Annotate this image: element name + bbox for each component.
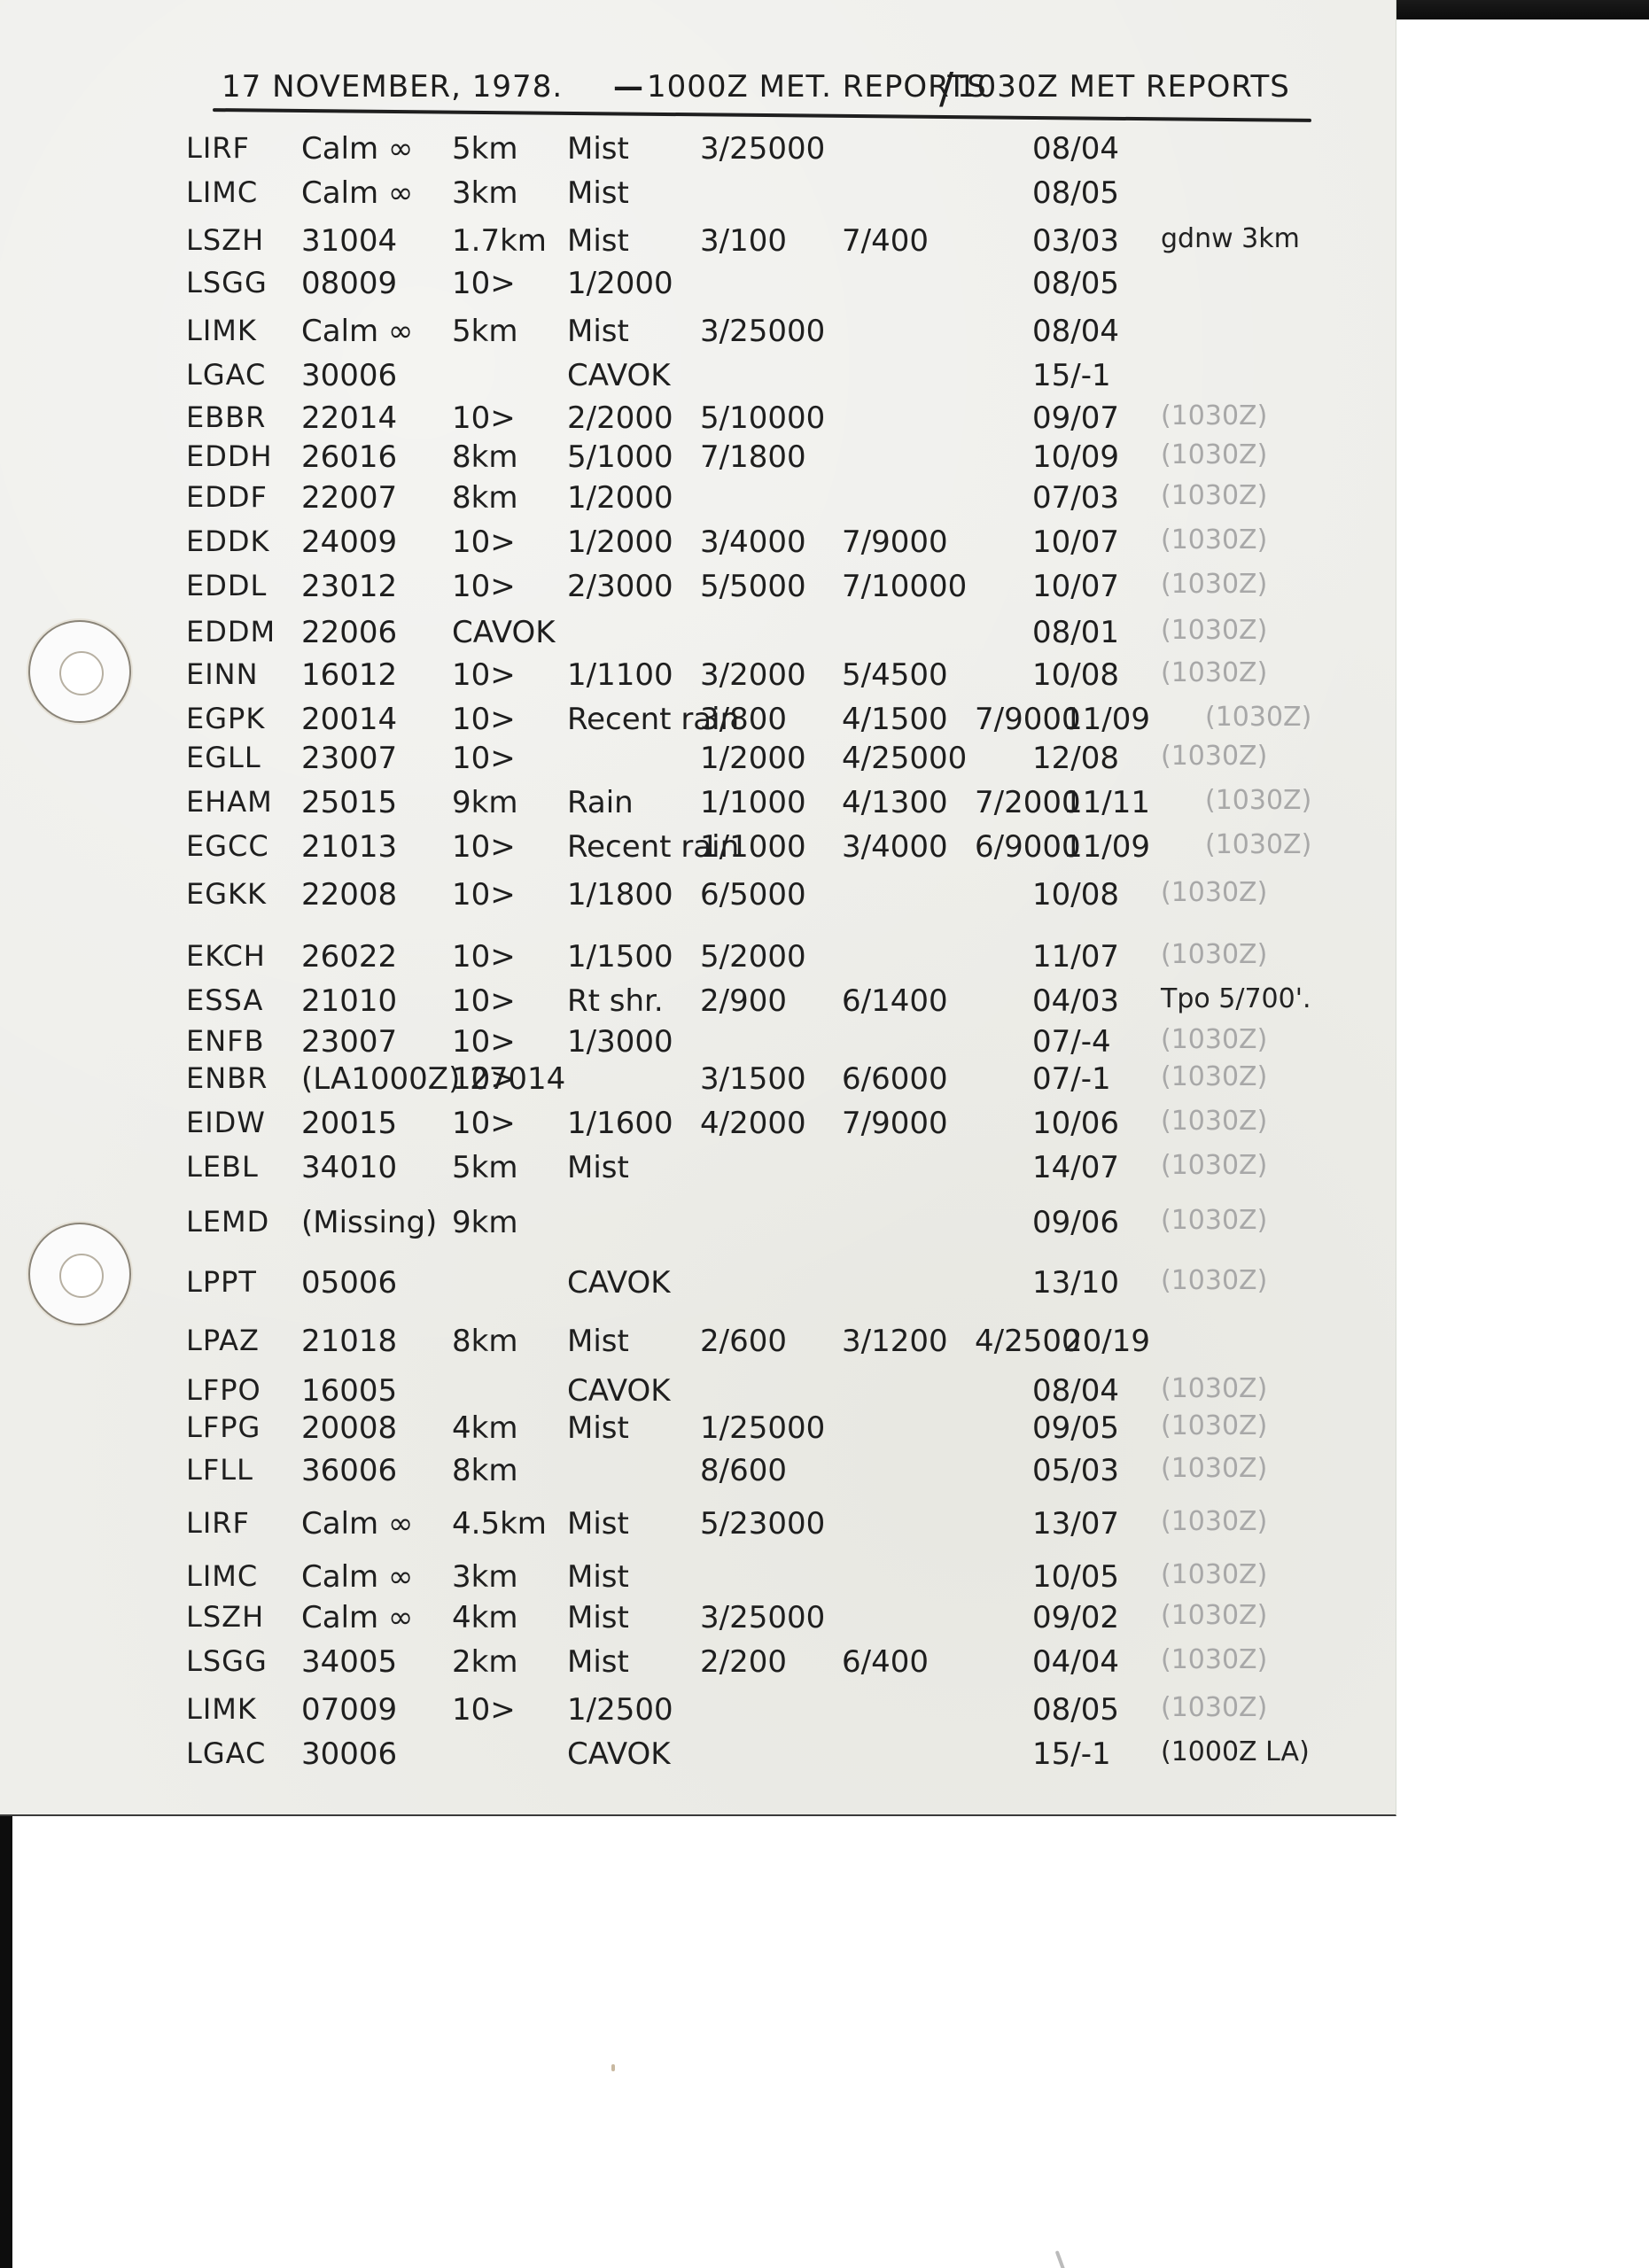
weather-value: 1/2000 <box>567 524 673 560</box>
temp-dewpoint: 07/03 <box>1032 480 1119 516</box>
visibility-value: 10> <box>452 400 516 436</box>
station-code: ESSA <box>186 983 263 1017</box>
cloud-layer-2: 6/6000 <box>842 1061 948 1097</box>
report-row: LSZH310041.7kmMist3/1007/40003/03gdnw 3k… <box>0 223 1396 264</box>
cloud-layer-1: 3/1500 <box>700 1061 806 1097</box>
report-note: (1030Z) <box>1161 1150 1267 1181</box>
wind-value: 23007 <box>301 741 397 776</box>
report-note: (1030Z) <box>1161 1453 1267 1484</box>
weather-value: Rt shr. <box>567 983 664 1019</box>
temp-dewpoint: 10/06 <box>1032 1106 1119 1141</box>
visibility-value: 10> <box>452 1692 516 1728</box>
report-note: (1030Z) <box>1161 1410 1267 1441</box>
report-row: EDDL2301210>2/30005/50007/1000010/07(103… <box>0 569 1396 610</box>
report-note: (1030Z) <box>1161 1205 1267 1236</box>
report-note: (1030Z) <box>1161 480 1267 511</box>
weather-value: Mist <box>567 223 629 259</box>
visibility-value: 8km <box>452 1324 517 1359</box>
visibility-value: 10> <box>452 939 516 975</box>
wind-value: 21010 <box>301 983 397 1019</box>
weather-value: 1/1100 <box>567 657 673 693</box>
report-row: LIMKCalm ∞5kmMist3/2500008/04 <box>0 314 1396 354</box>
station-code: EGCC <box>186 829 269 863</box>
cloud-layer-1: 6/5000 <box>700 877 806 913</box>
report-row: EGLL2300710>1/20004/2500012/08(1030Z) <box>0 741 1396 781</box>
wind-value: 30006 <box>301 358 397 393</box>
wind-value: 05006 <box>301 1265 397 1301</box>
visibility-value: 10> <box>452 266 516 301</box>
report-note: (1030Z) <box>1161 1559 1267 1590</box>
wind-value: 22008 <box>301 877 397 913</box>
cloud-layer-1: 3/800 <box>700 702 787 737</box>
report-row: ENBR(LA1000Z) 2701410>3/15006/600007/-1(… <box>0 1061 1396 1102</box>
temp-dewpoint: 14/07 <box>1032 1150 1119 1185</box>
cloud-layer-2: 3/4000 <box>842 829 948 865</box>
station-code: LSZH <box>186 223 264 257</box>
temp-dewpoint: 10/08 <box>1032 877 1119 913</box>
cloud-layer-1: 1/25000 <box>700 1410 825 1446</box>
report-row: LEMD(Missing)9km09/06(1030Z) <box>0 1205 1396 1246</box>
cloud-layer-1: 8/600 <box>700 1453 787 1488</box>
temp-dewpoint: 08/01 <box>1032 615 1119 650</box>
wind-value: 21018 <box>301 1324 397 1359</box>
report-note: (1030Z) <box>1161 569 1267 600</box>
visibility-value: 3km <box>452 1559 517 1595</box>
report-note: (1030Z) <box>1161 741 1267 772</box>
cloud-layer-1: 5/2000 <box>700 939 806 975</box>
report-row: EDDK2400910>1/20003/40007/900010/07(1030… <box>0 524 1396 565</box>
station-code: LGAC <box>186 1736 266 1770</box>
report-note: (1030Z) <box>1161 524 1267 555</box>
visibility-value: 10> <box>452 1061 516 1097</box>
cloud-layer-2: 7/9000 <box>842 524 948 560</box>
station-code: EGLL <box>186 741 261 774</box>
station-code: LEMD <box>186 1205 269 1239</box>
station-code: EDDH <box>186 439 273 473</box>
visibility-value: 10> <box>452 524 516 560</box>
report-row: EBBR2201410>2/20005/1000009/07(1030Z) <box>0 400 1396 441</box>
report-note: (1000Z LA) <box>1161 1736 1310 1767</box>
report-row: EDDH260168km5/10007/180010/09(1030Z) <box>0 439 1396 480</box>
wind-value: 25015 <box>301 785 397 820</box>
report-row: LIMCCalm ∞3kmMist10/05(1030Z) <box>0 1559 1396 1600</box>
weather-value: Mist <box>567 1150 629 1185</box>
station-code: EDDF <box>186 480 268 514</box>
weather-value: CAVOK <box>567 1373 671 1409</box>
report-note: (1030Z) <box>1161 1106 1267 1137</box>
visibility-value: 10> <box>452 829 516 865</box>
temp-dewpoint: 11/11 <box>1063 785 1150 820</box>
wind-value: 21013 <box>301 829 397 865</box>
visibility-value: 8km <box>452 439 517 475</box>
weather-value: CAVOK <box>567 358 671 393</box>
station-code: LPPT <box>186 1265 257 1299</box>
visibility-value: 10> <box>452 702 516 737</box>
temp-dewpoint: 09/06 <box>1032 1205 1119 1240</box>
cloud-layer-1: 2/600 <box>700 1324 787 1359</box>
temp-dewpoint: 15/-1 <box>1032 1736 1111 1772</box>
report-row: EGCC2101310>Recent rain1/10003/40006/900… <box>0 829 1396 870</box>
weather-value: Mist <box>567 131 629 167</box>
cloud-layer-2: 4/1500 <box>842 702 948 737</box>
visibility-value: 10> <box>452 1106 516 1141</box>
visibility-value: 5km <box>452 131 517 167</box>
wind-value: Calm ∞ <box>301 1506 413 1542</box>
weather-value: Mist <box>567 175 629 211</box>
wind-value: 31004 <box>301 223 397 259</box>
wind-value: 16012 <box>301 657 397 693</box>
cloud-layer-1: 1/1000 <box>700 785 806 820</box>
report-row: ESSA2101010>Rt shr.2/9006/140004/03Tpo 5… <box>0 983 1396 1024</box>
report-note: (1030Z) <box>1161 657 1267 688</box>
station-code: LIMC <box>186 175 258 209</box>
wind-value: 26016 <box>301 439 397 475</box>
report-row: EGKK2200810>1/18006/500010/08(1030Z) <box>0 877 1396 918</box>
weather-value: CAVOK <box>567 1736 671 1772</box>
weather-value: 1/2000 <box>567 266 673 301</box>
header-separator: / <box>939 64 954 113</box>
temp-dewpoint: 08/04 <box>1032 1373 1119 1409</box>
weather-value: 1/1800 <box>567 877 673 913</box>
weather-value: CAVOK <box>567 1265 671 1301</box>
visibility-value: 10> <box>452 741 516 776</box>
cloud-layer-2: 3/1200 <box>842 1324 948 1359</box>
report-note: (1030Z) <box>1161 1506 1267 1537</box>
report-row: LSZHCalm ∞4kmMist3/2500009/02(1030Z) <box>0 1600 1396 1641</box>
report-row: LFLL360068km8/60005/03(1030Z) <box>0 1453 1396 1494</box>
cloud-layer-1: 2/200 <box>700 1644 787 1680</box>
wind-value: 23012 <box>301 569 397 604</box>
report-row: LGAC30006CAVOK15/-1 <box>0 358 1396 399</box>
visibility-value: 8km <box>452 1453 517 1488</box>
scan-speck <box>611 2064 615 2071</box>
visibility-value: 10> <box>452 1024 516 1060</box>
report-row: EDDM22006CAVOK08/01(1030Z) <box>0 615 1396 656</box>
station-code: EDDK <box>186 524 269 558</box>
wind-value: Calm ∞ <box>301 314 413 349</box>
cloud-layer-1: 3/25000 <box>700 1600 825 1635</box>
station-code: LIMK <box>186 314 257 347</box>
station-code: EDDL <box>186 569 267 602</box>
station-code: LGAC <box>186 358 266 392</box>
cloud-layer-1: 5/10000 <box>700 400 825 436</box>
report-row: LPPT05006CAVOK13/10(1030Z) <box>0 1265 1396 1306</box>
temp-dewpoint: 10/07 <box>1032 569 1119 604</box>
header-1030z-reports: 1030Z MET REPORTS <box>957 69 1290 105</box>
report-row: LGAC30006CAVOK15/-1(1000Z LA) <box>0 1736 1396 1777</box>
cloud-layer-1: 4/2000 <box>700 1106 806 1141</box>
temp-dewpoint: 11/09 <box>1063 829 1150 865</box>
weather-value: Rain <box>567 785 634 820</box>
cloud-layer-2: 4/1300 <box>842 785 948 820</box>
station-code: EKCH <box>186 939 266 973</box>
cloud-layer-1: 2/900 <box>700 983 787 1019</box>
weather-value: 1/3000 <box>567 1024 673 1060</box>
paper-sheet: 17 NOVEMBER, 1978. — 1000Z MET. REPORTS … <box>0 0 1396 1816</box>
report-row: EIDW2001510>1/16004/20007/900010/06(1030… <box>0 1106 1396 1146</box>
report-note: (1030Z) <box>1161 1373 1267 1404</box>
wind-value: 23007 <box>301 1024 397 1060</box>
temp-dewpoint: 03/03 <box>1032 223 1119 259</box>
report-note: (1030Z) <box>1161 1692 1267 1723</box>
report-row: LSGG340052kmMist2/2006/40004/04(1030Z) <box>0 1644 1396 1685</box>
wind-value: 22006 <box>301 615 397 650</box>
temp-dewpoint: 10/09 <box>1032 439 1119 475</box>
report-row: EKCH2602210>1/15005/200011/07(1030Z) <box>0 939 1396 980</box>
cloud-layer-1: 7/1800 <box>700 439 806 475</box>
scanner-edge-top <box>1396 0 1649 19</box>
wind-value: Calm ∞ <box>301 1559 413 1595</box>
weather-value: Mist <box>567 1644 629 1680</box>
visibility-value: 5km <box>452 1150 517 1185</box>
weather-value: Mist <box>567 1600 629 1635</box>
temp-dewpoint: 20/19 <box>1063 1324 1150 1359</box>
wind-value: 22014 <box>301 400 397 436</box>
station-code: EDDM <box>186 615 276 649</box>
visibility-value: 10> <box>452 877 516 913</box>
cloud-layer-2: 7/9000 <box>842 1106 948 1141</box>
wind-value: Calm ∞ <box>301 175 413 211</box>
weather-value: Mist <box>567 1410 629 1446</box>
temp-dewpoint: 05/03 <box>1032 1453 1119 1488</box>
cloud-layer-1: 3/100 <box>700 223 787 259</box>
station-code: LFPG <box>186 1410 261 1444</box>
weather-value: Mist <box>567 1506 629 1542</box>
temp-dewpoint: 04/04 <box>1032 1644 1119 1680</box>
weather-value: 1/1600 <box>567 1106 673 1141</box>
wind-value: 07009 <box>301 1692 397 1728</box>
wind-value: (Missing) <box>301 1205 437 1240</box>
station-code: LFLL <box>186 1453 253 1487</box>
cloud-layer-1: 1/1000 <box>700 829 806 865</box>
station-code: EBBR <box>186 400 266 434</box>
temp-dewpoint: 12/08 <box>1032 741 1119 776</box>
weather-value: Mist <box>567 314 629 349</box>
header-dash: — <box>613 69 644 105</box>
visibility-value: 10> <box>452 569 516 604</box>
temp-dewpoint: 10/08 <box>1032 657 1119 693</box>
visibility-value: 2km <box>452 1644 517 1680</box>
weather-value: 2/3000 <box>567 569 673 604</box>
temp-dewpoint: 08/04 <box>1032 131 1119 167</box>
temp-dewpoint: 07/-4 <box>1032 1024 1111 1060</box>
report-row: ENFB2300710>1/300007/-4(1030Z) <box>0 1024 1396 1065</box>
report-row: LFPO16005CAVOK08/04(1030Z) <box>0 1373 1396 1414</box>
wind-value: Calm ∞ <box>301 1600 413 1635</box>
scanner-edge-left <box>0 1813 12 2268</box>
visibility-value: 9km <box>452 1205 517 1240</box>
wind-value: 30006 <box>301 1736 397 1772</box>
wind-value: 26022 <box>301 939 397 975</box>
cloud-layer-1: 3/25000 <box>700 131 825 167</box>
station-code: LIRF <box>186 1506 250 1540</box>
report-row: EGPK2001410>Recent rain3/8004/15007/9000… <box>0 702 1396 742</box>
report-note: (1030Z) <box>1161 615 1267 646</box>
cloud-layer-2: 5/4500 <box>842 657 948 693</box>
wind-value: 34010 <box>301 1150 397 1185</box>
temp-dewpoint: 08/05 <box>1032 266 1119 301</box>
visibility-value: 10> <box>452 983 516 1019</box>
header-1000z-reports: 1000Z MET. REPORTS <box>647 69 987 105</box>
wind-value: 16005 <box>301 1373 397 1409</box>
visibility-value: 9km <box>452 785 517 820</box>
report-row: EINN1601210>1/11003/20005/450010/08(1030… <box>0 657 1396 698</box>
station-code: EGKK <box>186 877 267 911</box>
report-note: (1030Z) <box>1161 1061 1267 1092</box>
temp-dewpoint: 08/04 <box>1032 314 1119 349</box>
report-note: Tpo 5/700'. <box>1161 983 1311 1014</box>
visibility-value: 4km <box>452 1410 517 1446</box>
visibility-value: 3km <box>452 175 517 211</box>
cloud-layer-1: 3/25000 <box>700 314 825 349</box>
temp-dewpoint: 09/02 <box>1032 1600 1119 1635</box>
station-code: EHAM <box>186 785 273 819</box>
report-row: LIRFCalm ∞4.5kmMist5/2300013/07(1030Z) <box>0 1506 1396 1547</box>
weather-value: 1/1500 <box>567 939 673 975</box>
report-note: (1030Z) <box>1161 939 1267 970</box>
station-code: LPAZ <box>186 1324 260 1357</box>
header-underline <box>213 108 1311 122</box>
cloud-layer-1: 3/4000 <box>700 524 806 560</box>
weather-value: Mist <box>567 1324 629 1359</box>
wind-value: 20014 <box>301 702 397 737</box>
report-note: (1030Z) <box>1161 1600 1267 1631</box>
cloud-layer-1: 1/2000 <box>700 741 806 776</box>
temp-dewpoint: 04/03 <box>1032 983 1119 1019</box>
report-note: (1030Z) <box>1161 1644 1267 1675</box>
temp-dewpoint: 07/-1 <box>1032 1061 1111 1097</box>
station-code: ENFB <box>186 1024 265 1058</box>
visibility-value: 4km <box>452 1600 517 1635</box>
cloud-layer-1: 3/2000 <box>700 657 806 693</box>
station-code: EGPK <box>186 702 265 735</box>
report-note: (1030Z) <box>1161 400 1267 431</box>
weather-value: 1/2500 <box>567 1692 673 1728</box>
cloud-layer-1: 5/5000 <box>700 569 806 604</box>
visibility-value: 5km <box>452 314 517 349</box>
temp-dewpoint: 11/07 <box>1032 939 1119 975</box>
wind-value: 36006 <box>301 1453 397 1488</box>
scan-speck <box>1055 2250 1067 2268</box>
station-code: LIMK <box>186 1692 257 1726</box>
station-code: EINN <box>186 657 259 691</box>
temp-dewpoint: 08/05 <box>1032 175 1119 211</box>
temp-dewpoint: 09/05 <box>1032 1410 1119 1446</box>
report-row: EDDF220078km1/200007/03(1030Z) <box>0 480 1396 521</box>
cloud-layer-1: 5/23000 <box>700 1506 825 1542</box>
station-code: ENBR <box>186 1061 268 1095</box>
station-code: LIRF <box>186 131 250 165</box>
report-row: LIRFCalm ∞5kmMist3/2500008/04 <box>0 131 1396 172</box>
wind-value: (LA1000Z) 27014 <box>301 1061 565 1097</box>
report-note: (1030Z) <box>1161 1265 1267 1296</box>
wind-value: 20015 <box>301 1106 397 1141</box>
temp-dewpoint: 08/05 <box>1032 1692 1119 1728</box>
report-row: LEBL340105kmMist14/07(1030Z) <box>0 1150 1396 1191</box>
cloud-layer-2: 4/25000 <box>842 741 967 776</box>
station-code: LSZH <box>186 1600 264 1634</box>
wind-value: 20008 <box>301 1410 397 1446</box>
cloud-layer-2: 7/400 <box>842 223 929 259</box>
cloud-layer-2: 6/1400 <box>842 983 948 1019</box>
report-note: gdnw 3km <box>1161 223 1300 254</box>
report-row: LFPG200084kmMist1/2500009/05(1030Z) <box>0 1410 1396 1451</box>
visibility-value: CAVOK <box>452 615 556 650</box>
weather-value: 5/1000 <box>567 439 673 475</box>
report-note: (1030Z) <box>1161 1024 1267 1055</box>
wind-value: 24009 <box>301 524 397 560</box>
report-row: LPAZ210188kmMist2/6003/12004/250020/19 <box>0 1324 1396 1364</box>
station-code: EIDW <box>186 1106 266 1139</box>
cloud-layer-2: 7/10000 <box>842 569 967 604</box>
temp-dewpoint: 10/07 <box>1032 524 1119 560</box>
wind-value: 08009 <box>301 266 397 301</box>
station-code: LIMC <box>186 1559 258 1593</box>
cloud-layer-2: 6/400 <box>842 1644 929 1680</box>
temp-dewpoint: 13/10 <box>1032 1265 1119 1301</box>
report-note: (1030Z) <box>1205 785 1311 816</box>
visibility-value: 1.7km <box>452 223 547 259</box>
station-code: LEBL <box>186 1150 259 1184</box>
report-note: (1030Z) <box>1205 702 1311 733</box>
temp-dewpoint: 11/09 <box>1063 702 1150 737</box>
visibility-value: 10> <box>452 657 516 693</box>
report-row: LIMCCalm ∞3kmMist08/05 <box>0 175 1396 216</box>
wind-value: 22007 <box>301 480 397 516</box>
weather-value: 2/2000 <box>567 400 673 436</box>
report-row: LIMK0700910>1/250008/05(1030Z) <box>0 1692 1396 1733</box>
wind-value: 34005 <box>301 1644 397 1680</box>
temp-dewpoint: 09/07 <box>1032 400 1119 436</box>
weather-value: Mist <box>567 1559 629 1595</box>
report-row: LSGG0800910>1/200008/05 <box>0 266 1396 307</box>
station-code: LSGG <box>186 1644 268 1678</box>
temp-dewpoint: 15/-1 <box>1032 358 1111 393</box>
temp-dewpoint: 10/05 <box>1032 1559 1119 1595</box>
report-row: EHAM250159kmRain1/10004/13007/200011/11(… <box>0 785 1396 826</box>
report-date: 17 NOVEMBER, 1978. <box>222 69 563 105</box>
station-code: LSGG <box>186 266 268 299</box>
report-note: (1030Z) <box>1161 439 1267 470</box>
report-note: (1030Z) <box>1205 829 1311 860</box>
visibility-value: 4.5km <box>452 1506 547 1542</box>
temp-dewpoint: 13/07 <box>1032 1506 1119 1542</box>
wind-value: Calm ∞ <box>301 131 413 167</box>
visibility-value: 8km <box>452 480 517 516</box>
report-note: (1030Z) <box>1161 877 1267 908</box>
station-code: LFPO <box>186 1373 261 1407</box>
weather-value: 1/2000 <box>567 480 673 516</box>
